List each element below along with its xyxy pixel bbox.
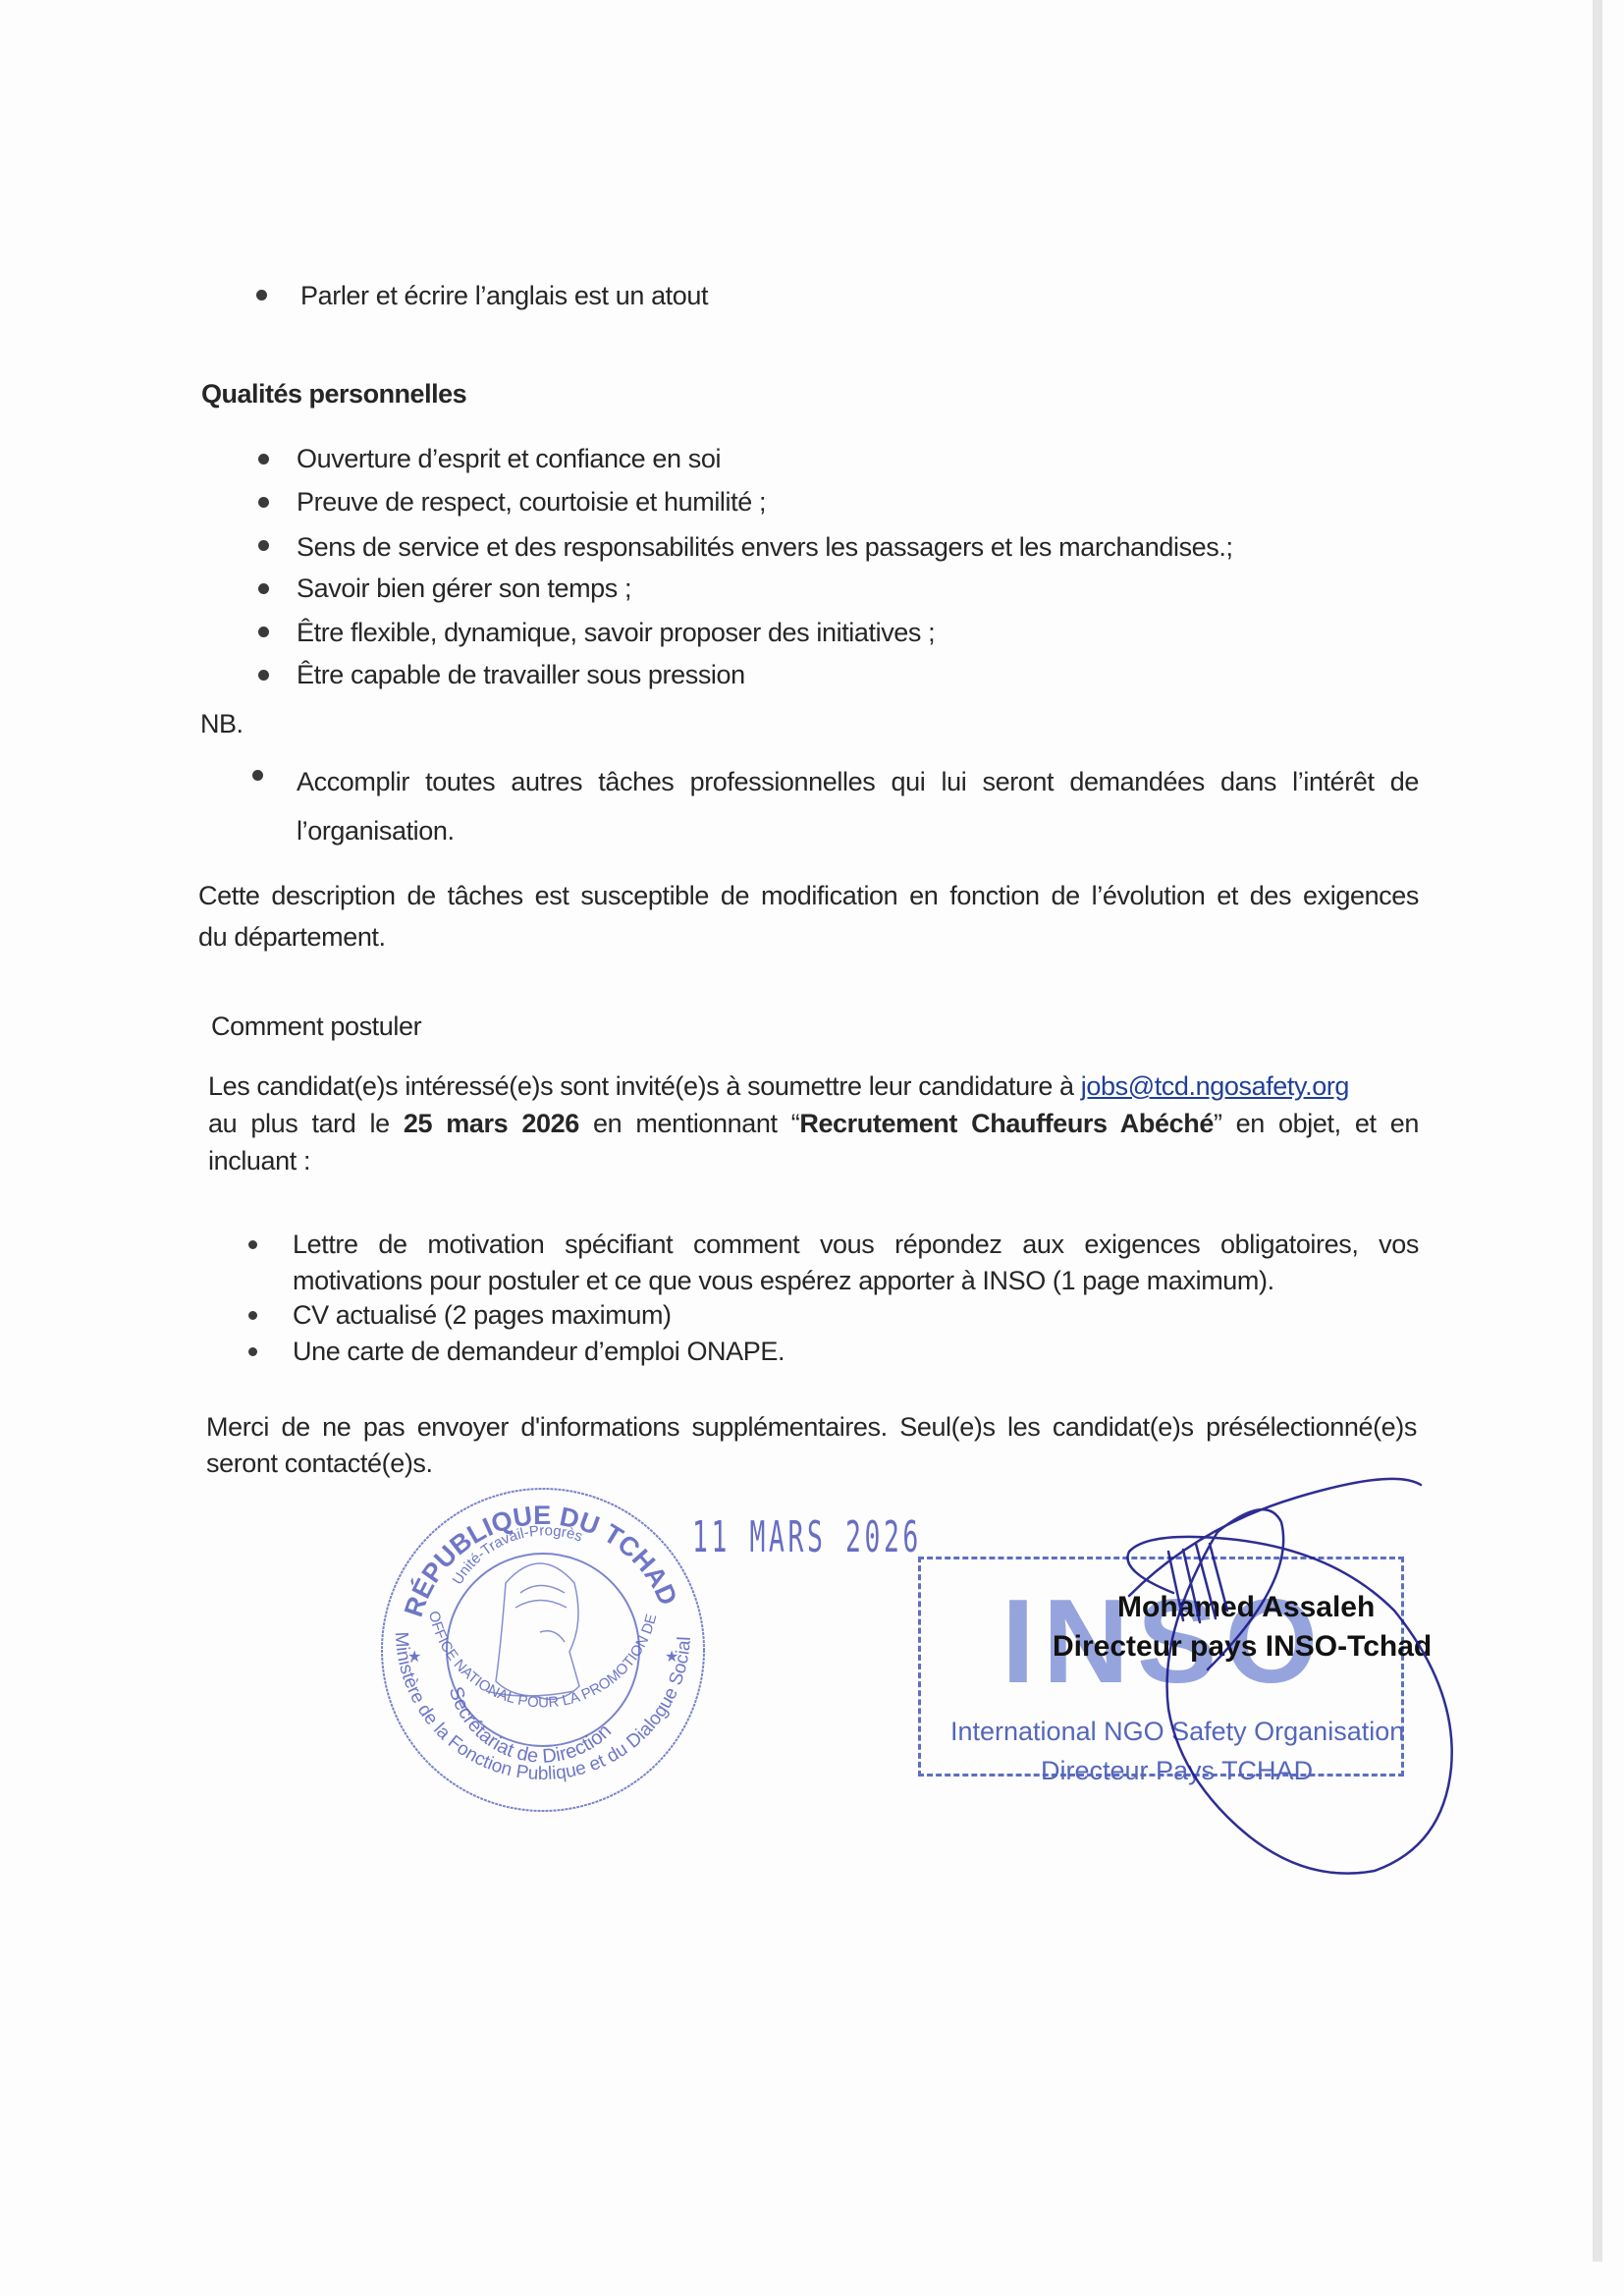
apply-intro-line3: incluant : [208, 1144, 310, 1177]
bullet-icon [248, 1311, 257, 1320]
list-item: Être flexible, dynamique, savoir propose… [297, 616, 935, 649]
apply-intro-text: Les candidat(e)s intéressé(e)s sont invi… [208, 1071, 1081, 1101]
apply-intro-line2: au plus tard le 25 mars 2026 en mentionn… [208, 1107, 1419, 1140]
date-stamp: 11 MARS 2026 [692, 1512, 922, 1562]
list-item: Sens de service et des responsabilités e… [297, 530, 1233, 564]
nb-label: NB. [200, 707, 244, 740]
requirement-item-line2: motivations pour postuler et ce que vous… [293, 1264, 1274, 1297]
svg-text:★: ★ [665, 1649, 678, 1666]
bullet-icon [258, 670, 269, 681]
list-item: Savoir bien gérer son temps ; [297, 572, 631, 605]
signatory-title: Directeur pays INSO-Tchad [1053, 1630, 1432, 1664]
subject-suffix: ” en objet, et en [1214, 1109, 1419, 1138]
requirement-item: Une carte de demandeur d’emploi ONAPE. [293, 1335, 785, 1368]
deadline-date: 25 mars 2026 [404, 1109, 579, 1138]
bullet-icon [248, 1240, 257, 1249]
list-item: Ouverture d’esprit et confiance en soi [297, 442, 721, 475]
nb-item-line1: Accomplir toutes autres tâches professio… [297, 765, 1419, 798]
closing-line2: seront contacté(e)s. [206, 1447, 433, 1480]
list-item: Preuve de respect, courtoisie et humilit… [297, 485, 766, 519]
list-item-english: Parler et écrire l’anglais est un atout [300, 279, 708, 312]
bullet-icon [256, 290, 267, 301]
email-link[interactable]: jobs@tcd.ngosafety.org [1081, 1071, 1349, 1101]
bullet-icon [258, 627, 269, 637]
deadline-prefix: au plus tard le [208, 1109, 404, 1138]
email-subject: Recrutement Chauffeurs Abéché [799, 1109, 1214, 1138]
subject-prefix: en mentionnant “ [579, 1109, 799, 1138]
nb-item-line2: l’organisation. [297, 814, 455, 847]
section-heading-qualities: Qualités personnelles [201, 377, 466, 410]
disclaimer-line1: Cette description de tâches est suscepti… [198, 879, 1419, 912]
svg-text:★: ★ [407, 1649, 421, 1666]
bullet-icon [258, 454, 269, 465]
bullet-icon [258, 583, 269, 594]
signatory-name: Mohamed Assaleh [1117, 1591, 1375, 1624]
org-stamp-role: Directeur Pays TCHAD [1041, 1756, 1313, 1786]
bullet-icon [248, 1347, 257, 1356]
list-item: Être capable de travailler sous pression [297, 658, 745, 691]
org-stamp-name: International NGO Safety Organisation [950, 1717, 1404, 1747]
bullet-icon [252, 770, 263, 781]
requirement-item: CV actualisé (2 pages maximum) [293, 1298, 672, 1332]
closing-line1: Merci de ne pas envoyer d'informations s… [206, 1410, 1417, 1444]
bullet-icon [258, 497, 269, 508]
official-round-stamp: RÉPUBLIQUE DU TCHAD Unité-Travail-Progrè… [378, 1485, 708, 1815]
scan-edge-strip [1593, 0, 1602, 2262]
svg-text:RÉPUBLIQUE DU TCHAD: RÉPUBLIQUE DU TCHAD [399, 1501, 683, 1620]
portrait-emblem-icon [486, 1563, 579, 1699]
section-heading-apply: Comment postuler [211, 1010, 421, 1043]
disclaimer-line2: du département. [198, 920, 386, 954]
apply-intro-line1: Les candidat(e)s intéressé(e)s sont invi… [208, 1069, 1349, 1103]
requirement-item-line1: Lettre de motivation spécifiant comment … [293, 1228, 1419, 1261]
bullet-icon [258, 540, 269, 551]
